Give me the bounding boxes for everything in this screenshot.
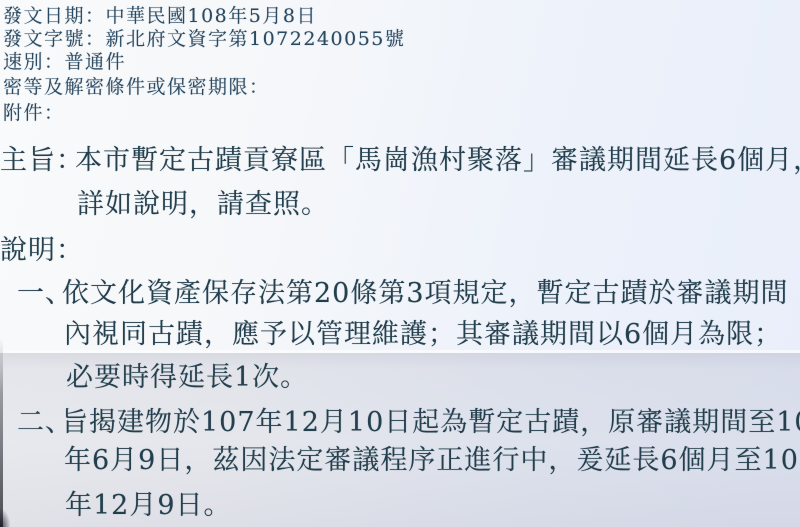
photo-left-edge [0, 338, 3, 527]
photo-corner-smudge [0, 509, 10, 527]
subject-label: 主旨： [0, 144, 84, 178]
explanation-label: 說明： [0, 234, 84, 268]
classification-line: 密等及解密條件或保密期限： [3, 75, 270, 99]
issue-date-line: 發文日期：中華民國108年5月8日 [3, 4, 317, 28]
item-1-line-1: 依文化資產保存法第20條第3項規定，暫定古蹟於審議期間 [62, 277, 789, 311]
item-2-line-2: 年6月9日，茲因法定審議程序正進行中，爰延長6個月至108 [64, 444, 800, 478]
attachment-line: 附件： [3, 101, 65, 125]
official-document-photo: 發文日期：中華民國108年5月8日 發文字號：新北府文資字第1072240055… [0, 0, 800, 527]
item-1-line-3: 必要時得延長1次。 [66, 361, 308, 395]
reference-number-line: 發文字號：新北府文資字第1072240055號 [3, 27, 405, 51]
subject-text-2: 詳如說明，請查照。 [77, 188, 329, 222]
item-1-line-2: 內視同古蹟，應予以管理維護；其審議期間以6個月為限； [64, 318, 782, 352]
subject-text-1: 本市暫定古蹟貢寮區「馬崗漁村聚落」審議期間延長6個月， [75, 144, 800, 178]
priority-line: 速別：普通件 [3, 50, 126, 74]
item-2-line-1: 旨揭建物於107年12月10日起為暫定古蹟，原審議期間至108 [61, 406, 800, 440]
item-2-line-3: 年12月9日。 [65, 489, 232, 523]
